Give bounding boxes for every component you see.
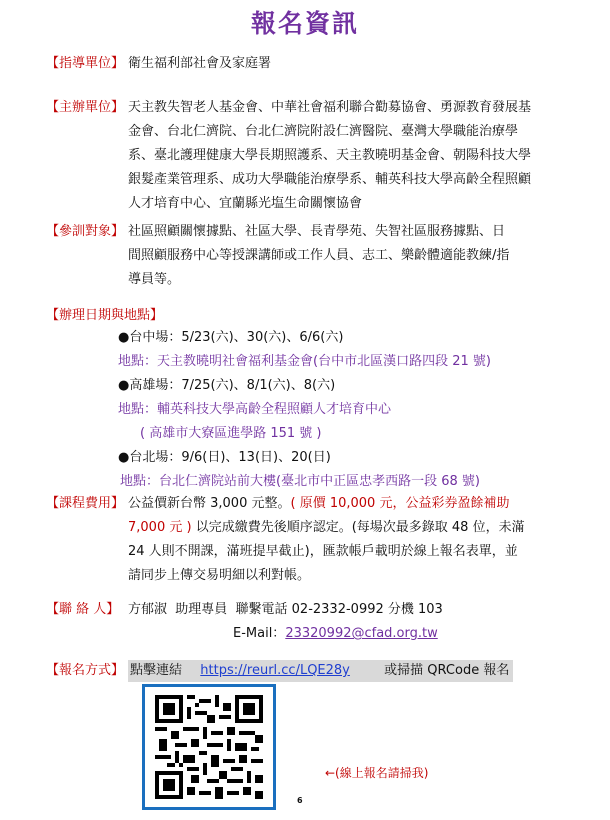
registration-prefix: 點擊連結 [130, 663, 182, 678]
fee-section: 【課程費用】 公益價新台幣 3,000 元整。( 原價 10,000 元，公益彩… [46, 492, 566, 588]
guidance-label: 【指導單位】 [46, 52, 128, 76]
fee-price: 公益價新台幣 3,000 元整。 [128, 496, 290, 511]
organizers-line: 系、臺北護理健康大學長期照護系、天主教曉明基金會、朝陽科技大學 [128, 144, 566, 168]
page-number: 6 [297, 796, 303, 805]
venue-taichung-session: ●台中場：5/23(六)、30(六)、6/6(六) [118, 326, 343, 350]
contact-email-row: E-Mail：23320992@cfad.org.tw [233, 622, 438, 646]
organizers-section: 【主辦單位】 天主教失智老人基金會、中華社會福利聯合勸募協會、勇源教育發展基 金… [46, 96, 566, 216]
qr-code-icon [155, 695, 263, 799]
registration-url-link[interactable]: https://reurl.cc/LQE28y [200, 663, 350, 678]
participants-line: 社區照顧關懷據點、社區大學、長青學苑、失智社區服務據點、日 [128, 220, 566, 244]
venue-kaohsiung-session: ●高雄場：7/25(六)、8/1(六)、8(六) [118, 374, 335, 398]
organizers-line: 天主教失智老人基金會、中華社會福利聯合勸募協會、勇源教育發展基 [128, 96, 566, 120]
participants-label: 【參訓對象】 [46, 220, 128, 244]
guidance-text: 衛生福利部社會及家庭署 [128, 52, 566, 76]
qr-scan-note: ←(線上報名請掃我) [325, 764, 428, 781]
organizers-line: 金會、台北仁濟院、台北仁濟院附設仁濟醫院、臺灣大學職能治療學 [128, 120, 566, 144]
fee-note-line: 24 人則不開課，滿班提早截止)，匯款帳戶載明於線上報名表單，並 [128, 540, 566, 564]
venue-kaohsiung-location: 地點：輔英科技大學高齡全程照顧人才培育中心 [118, 398, 391, 422]
fee-text: 公益價新台幣 3,000 元整。( 原價 10,000 元，公益彩券盈餘補助 7… [128, 492, 566, 588]
organizers-label: 【主辦單位】 [46, 96, 128, 120]
venue-taipei-location: 地點：台北仁濟院站前大樓(臺北市中正區忠孝西路一段 68 號) [120, 470, 480, 494]
participants-section: 【參訓對象】 社區照顧關懷據點、社區大學、長青學苑、失智社區服務據點、日 間照顧… [46, 220, 566, 292]
contact-section: 【聯 絡 人】 方郁淑 助理專員 聯繫電話 02-2332-0992 分機 10… [46, 598, 566, 622]
fee-original-price: ( 原價 10,000 元，公益彩券盈餘補助 [290, 496, 509, 511]
venue-taipei-session: ●台北場：9/6(日)、13(日)、20(日) [118, 446, 331, 470]
participants-line: 導員等。 [128, 268, 566, 292]
schedule-label: 【辦理日期與地點】 [46, 304, 163, 328]
fee-note-line: 請同步上傳交易明細以利對帳。 [128, 564, 566, 588]
email-link[interactable]: 23320992@cfad.org.tw [285, 626, 437, 641]
contact-name-phone: 方郁淑 助理專員 聯繫電話 02-2332-0992 分機 103 [128, 598, 566, 622]
fee-subsidy: 7,000 元 ) [128, 520, 192, 535]
organizers-list: 天主教失智老人基金會、中華社會福利聯合勸募協會、勇源教育發展基 金會、台北仁濟院… [128, 96, 566, 216]
page-title: 報名資訊 [0, 4, 610, 40]
organizers-line: 銀髮產業管理系、成功大學職能治療學系、輔英科技大學高齡全程照顧 [128, 168, 566, 192]
venue-kaohsiung-address: ( 高雄市大寮區進學路 151 號 ) [140, 422, 322, 446]
email-label: E-Mail： [233, 626, 285, 641]
contact-label: 【聯 絡 人】 [46, 598, 128, 622]
registration-suffix: 或掃描 QRCode 報名 [384, 663, 509, 678]
registration-section: 【報名方式】 點擊連結 https://reurl.cc/LQE28y 或掃描 … [46, 660, 566, 682]
participants-line: 間照顧服務中心等授課講師或工作人員、志工、樂齡體適能教練/指 [128, 244, 566, 268]
organizers-line: 人才培育中心、宜蘭縣光塩生命關懷協會 [128, 192, 566, 216]
fee-order-note: 以完成繳費先後順序認定。(每場次最多錄取 48 位，未滿 [192, 520, 525, 535]
registration-bar: 點擊連結 https://reurl.cc/LQE28y 或掃描 QRCode … [128, 660, 513, 682]
registration-label: 【報名方式】 [46, 660, 128, 682]
qr-code-frame [142, 684, 276, 810]
guidance-section: 【指導單位】 衛生福利部社會及家庭署 [46, 52, 566, 76]
venue-taichung-location: 地點：天主教曉明社會福利基金會(台中市北區漢口路四段 21 號) [118, 350, 491, 374]
fee-label: 【課程費用】 [46, 492, 128, 516]
participants-list: 社區照顧關懷據點、社區大學、長青學苑、失智社區服務據點、日 間照顧服務中心等授課… [128, 220, 566, 292]
